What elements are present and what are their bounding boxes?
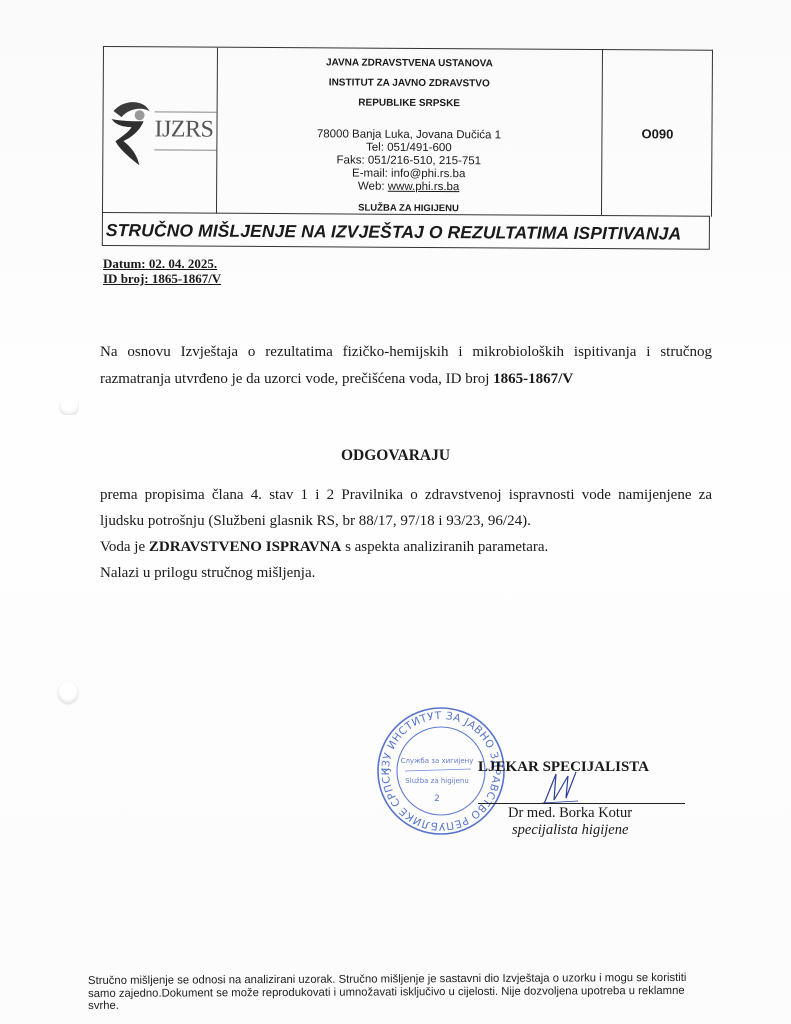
website-label: Web:	[358, 181, 388, 193]
punch-hole	[58, 681, 78, 703]
intro-paragraph: Na osnovu Izvještaja o rezultatima fizič…	[100, 339, 712, 393]
stamp-number: 2	[434, 794, 440, 804]
logo-text: IJZRS	[154, 116, 213, 143]
document-title: STRUČNO MIŠLJENJE NA IZVJEŠTAJ O REZULTA…	[102, 212, 710, 250]
letterhead: IJZRS JAVNA ZDRAVSTVENA USTANOVA INSTITU…	[102, 46, 713, 256]
website-link[interactable]: www.phi.rs.ba	[388, 181, 460, 193]
letterhead-table: IJZRS JAVNA ZDRAVSTVENA USTANOVA INSTITU…	[102, 46, 713, 217]
paragraph-text: Voda je	[100, 539, 149, 555]
contact-block: 78000 Banja Luka, Jovana Dučića 1 Tel: 0…	[217, 128, 600, 195]
form-code: O090	[601, 50, 713, 217]
institution-line: INSTITUT ZA JAVNO ZDRAVSTVO	[218, 77, 601, 91]
logo-rule	[154, 149, 216, 150]
document-id: ID broj: 1865-1867/V	[103, 271, 221, 286]
conclusion-paragraph: prema propisima člana 4. stav 1 i 2 Prav…	[100, 482, 712, 586]
stamp-inner-top: Служба за хигијену	[401, 757, 474, 765]
paragraph-line: prema propisima člana 4. stav 1 i 2 Prav…	[100, 482, 712, 508]
footer-disclaimer: Stručno mišljenje se odnosi na analizira…	[88, 972, 703, 1013]
website: Web: www.phi.rs.ba	[217, 180, 600, 195]
institution-info: JAVNA ZDRAVSTVENA USTANOVA INSTITUT ZA J…	[217, 48, 601, 216]
ijzrs-emblem-icon	[109, 97, 153, 167]
ijzrs-logo: IJZRS	[109, 97, 214, 168]
logo-rule	[155, 111, 217, 112]
sample-id: 1865-1867/V	[493, 371, 573, 387]
signatory-role: specijalista higijene	[512, 822, 628, 839]
signature-scribble	[540, 770, 580, 806]
paragraph-line: ljudsku potrošnju (Službeni glasnik RS, …	[100, 508, 712, 534]
paragraph-line: Voda je ZDRAVSTVENO ISPRAVNA s aspekta a…	[100, 534, 712, 560]
signature-line	[478, 803, 685, 804]
document-meta: Datum: 02. 04. 2025. ID broj: 1865-1867/…	[103, 256, 221, 286]
paragraph-line: Nalazi u prilogu stručnog mišljenja.	[100, 560, 712, 586]
signatory-name: Dr med. Borka Kotur	[508, 805, 632, 822]
institution-line: REPUBLIKE SRPSKE	[218, 97, 601, 111]
paragraph-text: razmatranja utvrđeno je da uzorci vode, …	[100, 371, 493, 387]
document-date: Datum: 02. 04. 2025.	[103, 256, 221, 271]
paragraph-line: Na osnovu Izvještaja o rezultatima fizič…	[100, 339, 712, 366]
document-page: - IJZRS JAVNA ZDRAVSTVENA USTANOVA INSTI…	[0, 0, 791, 1024]
punch-hole	[59, 393, 79, 415]
paragraph-text: s aspekta analiziranih parametara.	[341, 539, 548, 555]
logo-cell: IJZRS	[103, 47, 218, 214]
stamp-inner-mid: Služba za higijenu	[405, 777, 469, 785]
institution-line: JAVNA ZDRAVSTVENA USTANOVA	[218, 57, 601, 71]
paragraph-line: razmatranja utvrđeno je da uzorci vode, …	[100, 366, 712, 393]
verdict-text: ZDRAVSTVENO ISPRAVNA	[149, 539, 341, 555]
verdict-heading: ODGOVARAJU	[0, 447, 791, 465]
